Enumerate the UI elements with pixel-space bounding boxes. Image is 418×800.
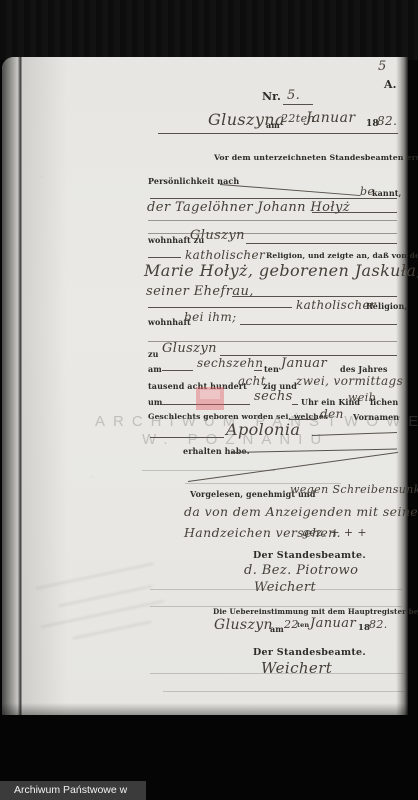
rule xyxy=(150,673,405,674)
watermark-text-line1: ARCHIWUM PAŃSTWOWE xyxy=(95,413,418,430)
document-scan-viewer: 5 A. Nr. 5. Gluszyna am 22ten Januar 18 … xyxy=(0,0,418,800)
rule xyxy=(283,104,313,105)
ten-label: ten xyxy=(264,364,279,374)
cert-year-hand: 82. xyxy=(369,618,388,631)
year-rest-hand: zwei, vormittags xyxy=(296,374,403,388)
bekannt-print: kannt, xyxy=(372,188,401,198)
gutter-shadow xyxy=(22,57,68,715)
registrar-title-2: Der Standesbeamte. xyxy=(253,647,366,658)
rule xyxy=(240,324,397,325)
rule xyxy=(254,370,262,371)
residence2-value: bei ihm; xyxy=(184,310,237,324)
archive-footer-label: Archiwum Państwowe w Poznaniu xyxy=(0,781,146,800)
archive-stamp-inner xyxy=(200,390,220,399)
rule xyxy=(148,220,397,221)
signature-2: Weichert xyxy=(261,659,332,677)
rule xyxy=(232,296,397,297)
zu-label: zu xyxy=(148,349,159,359)
gez-marks: gez. + + + xyxy=(302,526,367,539)
religion2-print: Religion, xyxy=(366,301,407,311)
cert-am: am xyxy=(270,624,284,634)
certification-line: Die Uebereinstimmung mit dem Hauptregist… xyxy=(213,607,418,616)
religion1-print: Religion, und zeigte an, daß von der xyxy=(266,251,418,260)
binding-gutter xyxy=(2,57,22,715)
rule xyxy=(246,243,397,244)
rule xyxy=(162,370,193,371)
des-jahres-label: des Jahres xyxy=(340,364,388,374)
book-cover-top xyxy=(0,0,418,60)
cert-ten: ten xyxy=(297,621,309,629)
intro-line: Vor dem unterzeichneten Standesbeamten e… xyxy=(214,153,418,162)
birth-day-value: sechszehn xyxy=(197,356,263,370)
series-letter: A. xyxy=(384,78,397,91)
rule xyxy=(150,589,402,590)
date-am: am xyxy=(266,120,280,130)
year-acht-hand: acht xyxy=(238,374,266,388)
watermark-text-line2: W. POZNANIU xyxy=(142,431,329,448)
hour-value: sechs xyxy=(254,389,293,404)
religion1-hand: katholischer xyxy=(185,248,265,262)
residence-value: Gluszyn xyxy=(190,228,245,243)
um-label: um xyxy=(148,397,162,407)
mother-line: Marie Hołyż, geborenen Jaskuła, xyxy=(144,261,418,280)
record-number-value: 5. xyxy=(287,88,300,103)
am-label: am xyxy=(148,364,162,374)
district-line: d. Bez. Piotrowo xyxy=(244,563,358,578)
closing-hand-1: wegen Schreibensunkunde; xyxy=(290,483,418,496)
cert-place: Gluszyn xyxy=(214,617,273,633)
folio-number: 5 xyxy=(378,59,387,74)
record-number-label: Nr. xyxy=(262,90,281,103)
rule xyxy=(292,404,298,405)
date-year-hand: 82. xyxy=(377,114,397,128)
registrar-title: Der Standesbeamte. xyxy=(253,550,366,561)
rule xyxy=(148,307,292,308)
rule xyxy=(158,133,398,134)
rule xyxy=(150,198,397,199)
religion2-hand: katholischer xyxy=(296,298,376,312)
rule xyxy=(148,257,181,258)
birthplace-value: Gluszyn xyxy=(162,341,217,356)
rule xyxy=(163,691,405,692)
closing-hand-2: da von dem Anzeigenden mit seinen xyxy=(184,504,418,519)
archive-stamp-logo xyxy=(196,387,224,410)
rule xyxy=(148,233,397,234)
page-edge-bottom xyxy=(2,703,408,715)
signature-1: Weichert xyxy=(254,580,316,595)
birth-month-value: Januar xyxy=(281,356,327,371)
cert-month: Januar xyxy=(310,616,356,631)
sex-print: lichen xyxy=(370,397,398,407)
date-month: Januar xyxy=(306,110,355,126)
rule xyxy=(312,212,397,213)
